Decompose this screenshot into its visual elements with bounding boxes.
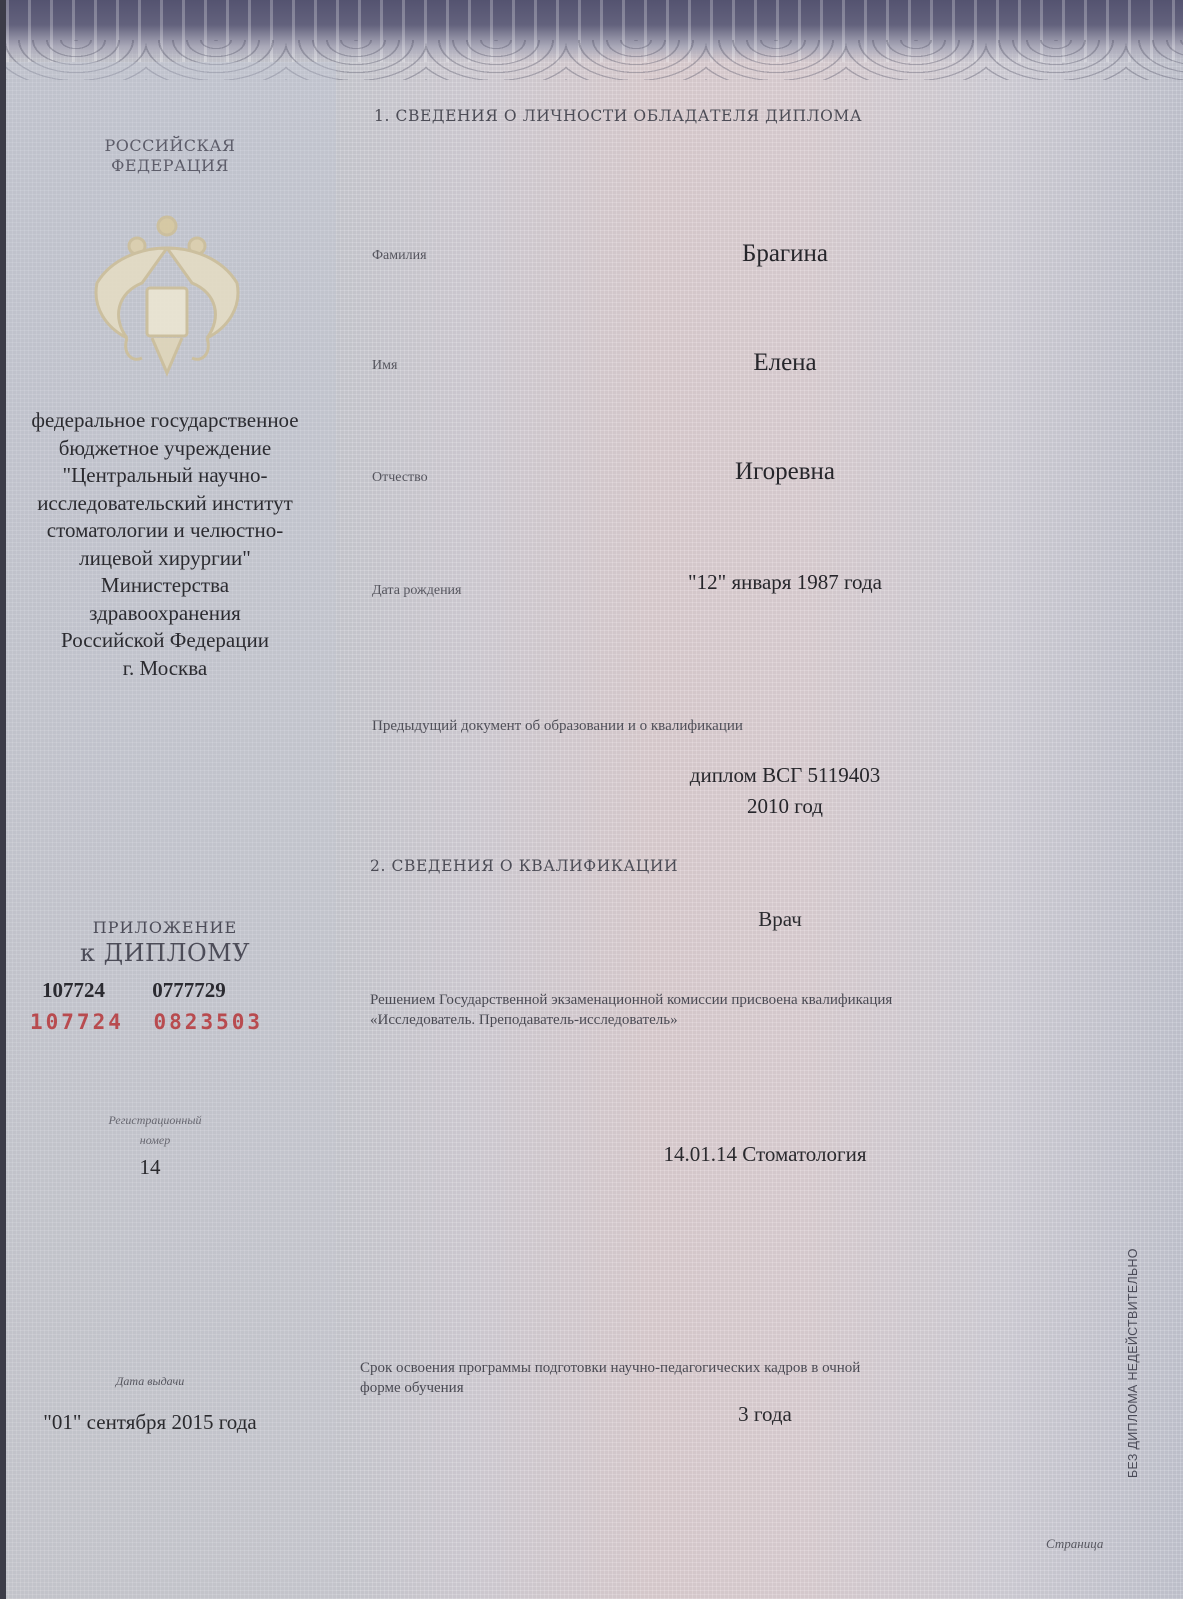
decision-line-1: Решением Государственной экзаменационной… — [370, 990, 1090, 1010]
institution-line: г. Москва — [0, 655, 330, 683]
previous-document-number: диплом ВСГ 5119403 — [620, 760, 950, 791]
section-1-title: 1. СВЕДЕНИЯ О ЛИЧНОСТИ ОБЛАДАТЕЛЯ ДИПЛОМ… — [374, 107, 862, 125]
diploma-serial: 107724 0777729 — [42, 978, 272, 1003]
page-label: Страница — [1046, 1536, 1103, 1552]
institution-line: Российской Федерации — [0, 627, 330, 655]
country-name: РОССИЙСКАЯ ФЕДЕРАЦИЯ — [70, 136, 270, 176]
previous-document-year: 2010 год — [620, 791, 950, 822]
birth-date-label: Дата рождения — [372, 583, 462, 599]
duration-label-line-2: форме обучения — [360, 1378, 1060, 1398]
issue-date: "01" сентября 2015 года — [0, 1410, 300, 1435]
commission-decision: Решением Государственной экзаменационной… — [370, 990, 1090, 1030]
appendix-series: 107724 — [30, 1010, 124, 1034]
previous-document-value: диплом ВСГ 5119403 2010 год — [620, 760, 950, 822]
country-line-1: РОССИЙСКАЯ — [70, 136, 270, 156]
diploma-number: 0777729 — [152, 978, 226, 1003]
first-name-label: Имя — [372, 358, 397, 374]
institution-line: исследовательский институт — [0, 490, 330, 518]
institution-line: здравоохранения — [0, 600, 330, 628]
program-duration-value: 3 года — [700, 1402, 830, 1427]
appendix-title: ПРИЛОЖЕНИЕ к ДИПЛОМУ — [50, 918, 280, 967]
duration-label-line-1: Срок освоения программы подготовки научн… — [360, 1358, 1060, 1378]
institution-line: "Центральный научно- — [0, 462, 330, 490]
patronymic-label: Отчество — [372, 470, 428, 486]
surname-label: Фамилия — [372, 248, 427, 264]
appendix-number: 0823503 — [154, 1010, 264, 1034]
institution-line: стоматологии и челюстно- — [0, 517, 330, 545]
issue-date-label: Дата выдачи — [90, 1374, 210, 1389]
patronymic-value: Игоревна — [600, 458, 970, 486]
surname-value: Брагина — [600, 240, 970, 268]
section-2-title: 2. СВЕДЕНИЯ О КВАЛИФИКАЦИИ — [370, 857, 678, 875]
institution-line: бюджетное учреждение — [0, 435, 330, 463]
institution-line: Министерства — [0, 572, 330, 600]
registration-number: 14 — [120, 1155, 180, 1180]
institution-name: федеральное государственное бюджетное уч… — [0, 407, 330, 682]
first-name-value: Елена — [600, 349, 970, 377]
program-duration-label: Срок освоения программы подготовки научн… — [360, 1358, 1060, 1398]
guilloche-border — [6, 0, 1183, 62]
validity-note: БЕЗ ДИПЛОМА НЕДЕЙСТВИТЕЛЬНО — [1126, 1198, 1150, 1478]
institution-line: лицевой хирургии" — [0, 545, 330, 573]
registration-label-line-1: Регистрационный — [80, 1110, 230, 1130]
country-line-2: ФЕДЕРАЦИЯ — [70, 156, 270, 176]
birth-date-value: "12" января 1987 года — [600, 570, 970, 595]
previous-document-label: Предыдущий документ об образовании и о к… — [372, 718, 743, 735]
registration-label: Регистрационный номер — [80, 1110, 230, 1150]
diploma-appendix-page: РОССИЙСКАЯ ФЕДЕРАЦИЯ федеральное государ… — [0, 0, 1183, 1599]
qualification-value: Врач — [700, 907, 860, 932]
institution-line: федеральное государственное — [0, 407, 330, 435]
decision-line-2: «Исследователь. Преподаватель-исследоват… — [370, 1010, 1090, 1030]
appendix-title-line-2: к ДИПЛОМУ — [50, 939, 280, 967]
appendix-title-line-1: ПРИЛОЖЕНИЕ — [50, 918, 280, 937]
specialty-value: 14.01.14 Стоматология — [620, 1142, 910, 1167]
registration-label-line-2: номер — [80, 1130, 230, 1150]
diploma-series: 107724 — [42, 978, 105, 1003]
russian-coat-of-arms-icon — [82, 208, 252, 383]
appendix-serial: 107724 0823503 — [30, 1010, 300, 1034]
